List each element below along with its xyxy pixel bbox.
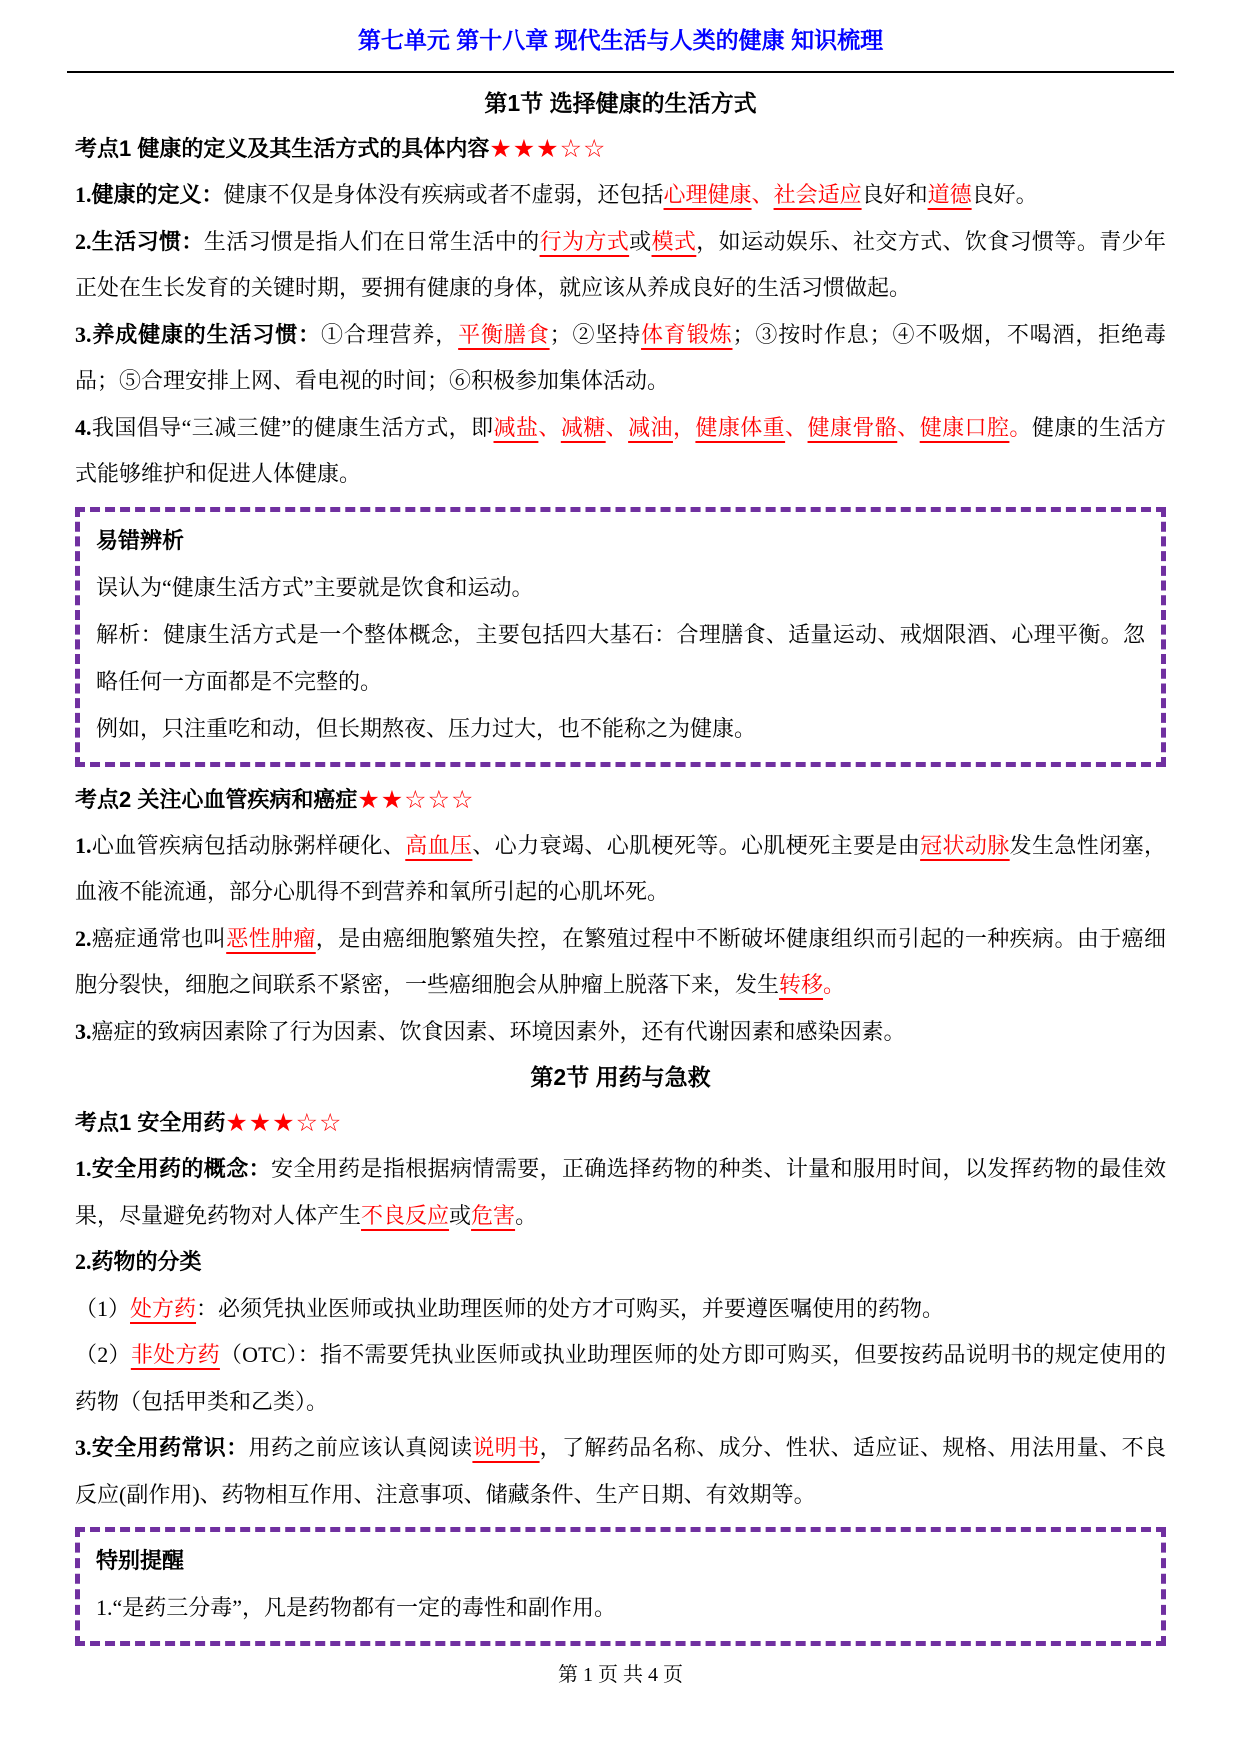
paragraph-otc-drugs: （2）非处方药（OTC）：指不需要凭执业医师或执业助理医师的处方即可购买，但要按… bbox=[75, 1332, 1166, 1425]
star-rating: ★★☆☆☆ bbox=[357, 785, 474, 814]
error-analysis-box-title: 易错辨析 bbox=[96, 517, 1145, 564]
kaodian-1-2-label: 考点2 关注心血管疾病和癌症 bbox=[75, 787, 357, 812]
paragraph-life-habits: 2.生活习惯：生活习惯是指人们在日常生活中的行为方式或模式，如运动娱乐、社交方式… bbox=[75, 219, 1166, 312]
document-header-title: 第七单元 第十八章 现代生活与人类的健康 知识梳理 bbox=[75, 24, 1166, 56]
star-rating: ★★★☆☆ bbox=[225, 1108, 342, 1137]
paragraph-healthy-habits-list: 3.养成健康的生活习惯：①合理营养，平衡膳食；②坚持体育锻炼；③按时作息；④不吸… bbox=[75, 312, 1166, 405]
paragraph-cancer-definition: 2.癌症通常也叫恶性肿瘤，是由癌细胞繁殖失控，在繁殖过程中不断破坏健康组织而引起… bbox=[75, 916, 1166, 1009]
error-analysis-explanation: 解析：健康生活方式是一个整体概念，主要包括四大基石：合理膳食、适量运动、戒烟限酒… bbox=[96, 611, 1145, 705]
error-analysis-misconception: 误认为“健康生活方式”主要就是饮食和运动。 bbox=[96, 564, 1145, 611]
kaodian-2-1-label: 考点1 安全用药 bbox=[75, 1110, 225, 1135]
header-divider bbox=[67, 71, 1174, 73]
paragraph-health-definition: 1.健康的定义：健康不仅是身体没有疾病或者不虚弱，还包括心理健康、社会适应良好和… bbox=[75, 172, 1166, 219]
page-number: 第 1 页 共 4 页 bbox=[75, 1660, 1166, 1690]
special-reminder-box-title: 特别提醒 bbox=[96, 1537, 1145, 1584]
error-analysis-box: 易错辨析 误认为“健康生活方式”主要就是饮食和运动。 解析：健康生活方式是一个整… bbox=[75, 507, 1166, 767]
section-1-title: 第1节 选择健康的生活方式 bbox=[75, 81, 1166, 126]
kaodian-1-2-heading: 考点2 关注心血管疾病和癌症★★☆☆☆ bbox=[75, 777, 1166, 823]
paragraph-three-reductions: 4.我国倡导“三减三健”的健康生活方式，即减盐、减糖、减油，健康体重、健康骨骼、… bbox=[75, 405, 1166, 498]
star-rating: ★★★☆☆ bbox=[489, 134, 606, 163]
error-analysis-example: 例如，只注重吃和动，但长期熬夜、压力过大，也不能称之为健康。 bbox=[96, 705, 1145, 752]
paragraph-cardiovascular-disease: 1.心血管疾病包括动脉粥样硬化、高血压、心力衰竭、心肌梗死等。心肌梗死主要是由冠… bbox=[75, 823, 1166, 916]
kaodian-1-1-heading: 考点1 健康的定义及其生活方式的具体内容★★★☆☆ bbox=[75, 126, 1166, 172]
special-reminder-line: 1.“是药三分毒”，凡是药物都有一定的毒性和副作用。 bbox=[96, 1584, 1145, 1631]
paragraph-cancer-factors: 3.癌症的致病因素除了行为因素、饮食因素、环境因素外，还有代谢因素和感染因素。 bbox=[75, 1009, 1166, 1056]
kaodian-2-1-heading: 考点1 安全用药★★★☆☆ bbox=[75, 1100, 1166, 1146]
special-reminder-box: 特别提醒 1.“是药三分毒”，凡是药物都有一定的毒性和副作用。 bbox=[75, 1527, 1166, 1646]
paragraph-prescription-drugs: （1）处方药：必须凭执业医师或执业助理医师的处方才可购买，并要遵医嘱使用的药物。 bbox=[75, 1286, 1166, 1333]
paragraph-safe-medication-concept: 1.安全用药的概念：安全用药是指根据病情需要，正确选择药物的种类、计量和服用时间… bbox=[75, 1146, 1166, 1239]
kaodian-1-1-label: 考点1 健康的定义及其生活方式的具体内容 bbox=[75, 136, 489, 161]
document-page: 第七单元 第十八章 现代生活与人类的健康 知识梳理 第1节 选择健康的生活方式 … bbox=[0, 0, 1241, 1690]
section-2-title: 第2节 用药与急救 bbox=[75, 1055, 1166, 1100]
paragraph-medication-knowledge: 3.安全用药常识：用药之前应该认真阅读说明书，了解药品名称、成分、性状、适应证、… bbox=[75, 1425, 1166, 1518]
paragraph-drug-classification-heading: 2.药物的分类 bbox=[75, 1239, 1166, 1286]
